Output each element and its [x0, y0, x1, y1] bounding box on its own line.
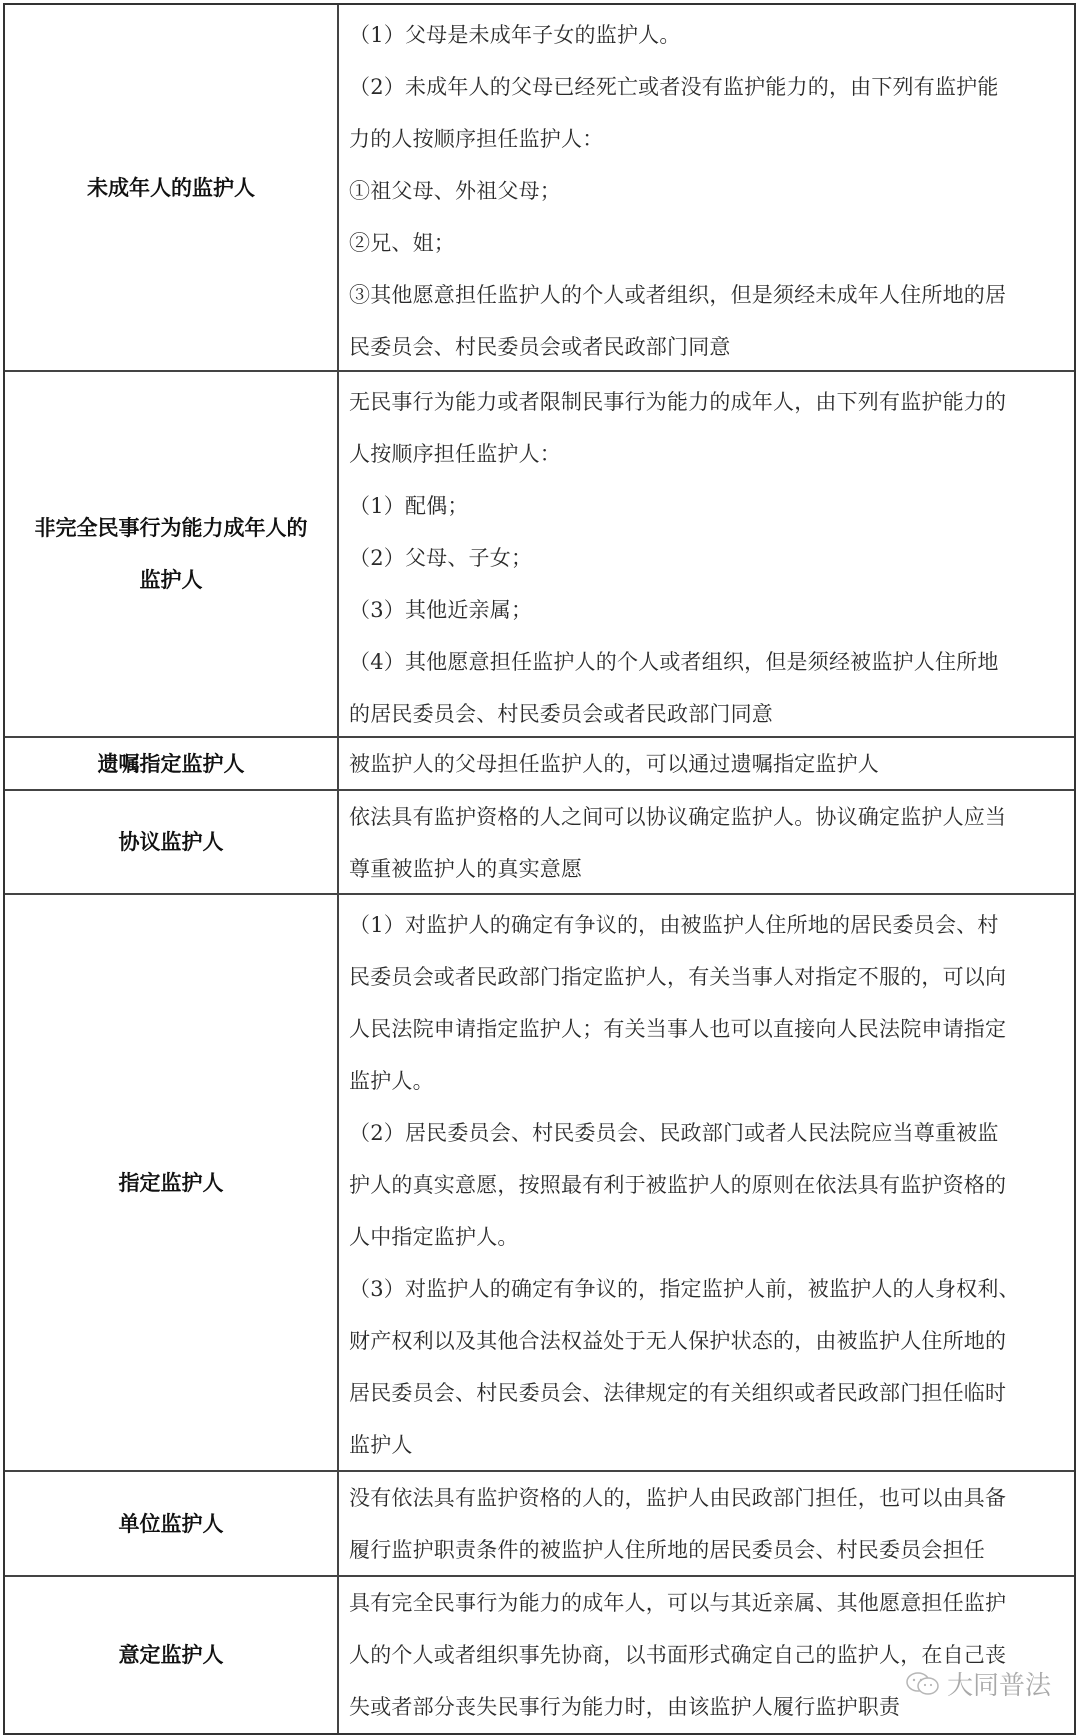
content-line: 力的人按顺序担任监护人：	[349, 113, 1066, 165]
content-line: （2）居民委员会、村民委员会、民政部门或者人民法院应当尊重被监	[349, 1107, 1066, 1159]
row-label: 指定监护人	[5, 895, 339, 1470]
row-content: （1）对监护人的确定有争议的，由被监护人住所地的居民委员会、村 民委员会或者民政…	[339, 895, 1074, 1470]
row-label: 未成年人的监护人	[5, 5, 339, 370]
content-line: 履行监护职责条件的被监护人住所地的居民委员会、村民委员会担任	[349, 1524, 1066, 1576]
row-label: 单位监护人	[5, 1472, 339, 1575]
row-label-text: 监护人	[35, 554, 308, 606]
row-label: 非完全民事行为能力成年人的 监护人	[5, 372, 339, 736]
content-line: （3）对监护人的确定有争议的，指定监护人前，被监护人的人身权利、	[349, 1263, 1066, 1315]
content-line: 无民事行为能力或者限制民事行为能力的成年人，由下列有监护能力的	[349, 376, 1066, 428]
content-line: 的居民委员会、村民委员会或者民政部门同意	[349, 688, 1066, 740]
content-line: （2）未成年人的父母已经死亡或者没有监护能力的，由下列有监护能	[349, 61, 1066, 113]
content-line: 被监护人的父母担任监护人的，可以通过遗嘱指定监护人	[349, 738, 1066, 790]
row-content: 被监护人的父母担任监护人的，可以通过遗嘱指定监护人	[339, 738, 1074, 789]
row-label-text: 协议监护人	[119, 816, 224, 868]
content-line: 具有完全民事行为能力的成年人，可以与其近亲属、其他愿意担任监护	[349, 1577, 1066, 1629]
row-content: （1）父母是未成年子女的监护人。 （2）未成年人的父母已经死亡或者没有监护能力的…	[339, 5, 1074, 370]
row-label: 意定监护人	[5, 1577, 339, 1733]
table-row-testamentary-guardian: 遗嘱指定监护人 被监护人的父母担任监护人的，可以通过遗嘱指定监护人	[5, 738, 1074, 791]
row-label-text: 指定监护人	[119, 1157, 224, 1209]
table-row-voluntary-guardian: 意定监护人 具有完全民事行为能力的成年人，可以与其近亲属、其他愿意担任监护 人的…	[5, 1577, 1074, 1733]
row-content: 具有完全民事行为能力的成年人，可以与其近亲属、其他愿意担任监护 人的个人或者组织…	[339, 1577, 1074, 1733]
content-line: （4）其他愿意担任监护人的个人或者组织，但是须经被监护人住所地	[349, 636, 1066, 688]
content-line: 尊重被监护人的真实意愿	[349, 843, 1066, 895]
table-row-incapacitated-adult-guardian: 非完全民事行为能力成年人的 监护人 无民事行为能力或者限制民事行为能力的成年人，…	[5, 372, 1074, 738]
table-row-agreed-guardian: 协议监护人 依法具有监护资格的人之间可以协议确定监护人。协议确定监护人应当 尊重…	[5, 791, 1074, 895]
content-line: 监护人。	[349, 1055, 1066, 1107]
table-row-institutional-guardian: 单位监护人 没有依法具有监护资格的人的，监护人由民政部门担任，也可以由具备 履行…	[5, 1472, 1074, 1577]
content-line: ③其他愿意担任监护人的个人或者组织，但是须经未成年人住所地的居	[349, 269, 1066, 321]
row-content: 没有依法具有监护资格的人的，监护人由民政部门担任，也可以由具备 履行监护职责条件…	[339, 1472, 1074, 1575]
content-line: 监护人	[349, 1419, 1066, 1471]
content-line: 居民委员会、村民委员会、法律规定的有关组织或者民政部门担任临时	[349, 1367, 1066, 1419]
row-label-text: 意定监护人	[119, 1629, 224, 1681]
watermark-text: 大同普法	[947, 1665, 1051, 1702]
content-line: （2）父母、子女；	[349, 532, 1066, 584]
row-label: 遗嘱指定监护人	[5, 738, 339, 789]
content-line: 护人的真实意愿，按照最有利于被监护人的原则在依法具有监护资格的	[349, 1159, 1066, 1211]
content-line: 没有依法具有监护资格的人的，监护人由民政部门担任，也可以由具备	[349, 1472, 1066, 1524]
wechat-icon	[905, 1671, 941, 1697]
row-label: 协议监护人	[5, 791, 339, 893]
row-label-text: 遗嘱指定监护人	[98, 738, 245, 790]
watermark: 大同普法	[905, 1665, 1051, 1702]
table-row-minor-guardian: 未成年人的监护人 （1）父母是未成年子女的监护人。 （2）未成年人的父母已经死亡…	[5, 5, 1074, 372]
content-line: （3）其他近亲属；	[349, 584, 1066, 636]
content-line: （1）配偶；	[349, 480, 1066, 532]
content-line: ①祖父母、外祖父母；	[349, 165, 1066, 217]
row-content: 依法具有监护资格的人之间可以协议确定监护人。协议确定监护人应当 尊重被监护人的真…	[339, 791, 1074, 893]
content-line: 财产权利以及其他合法权益处于无人保护状态的，由被监护人住所地的	[349, 1315, 1066, 1367]
content-line: 民委员会或者民政部门指定监护人，有关当事人对指定不服的，可以向	[349, 951, 1066, 1003]
content-line: （1）对监护人的确定有争议的，由被监护人住所地的居民委员会、村	[349, 899, 1066, 951]
content-line: ②兄、姐；	[349, 217, 1066, 269]
content-line: 人按顺序担任监护人：	[349, 428, 1066, 480]
row-content: 无民事行为能力或者限制民事行为能力的成年人，由下列有监护能力的 人按顺序担任监护…	[339, 372, 1074, 736]
content-line: 民委员会、村民委员会或者民政部门同意	[349, 321, 1066, 373]
row-label-text: 未成年人的监护人	[87, 162, 255, 214]
content-line: 人中指定监护人。	[349, 1211, 1066, 1263]
content-line: 人民法院申请指定监护人；有关当事人也可以直接向人民法院申请指定	[349, 1003, 1066, 1055]
content-line: 依法具有监护资格的人之间可以协议确定监护人。协议确定监护人应当	[349, 791, 1066, 843]
row-label-text: 非完全民事行为能力成年人的	[35, 502, 308, 554]
table-row-appointed-guardian: 指定监护人 （1）对监护人的确定有争议的，由被监护人住所地的居民委员会、村 民委…	[5, 895, 1074, 1472]
guardian-types-table: 未成年人的监护人 （1）父母是未成年子女的监护人。 （2）未成年人的父母已经死亡…	[3, 3, 1076, 1735]
row-label-text: 单位监护人	[119, 1498, 224, 1550]
content-line: （1）父母是未成年子女的监护人。	[349, 9, 1066, 61]
